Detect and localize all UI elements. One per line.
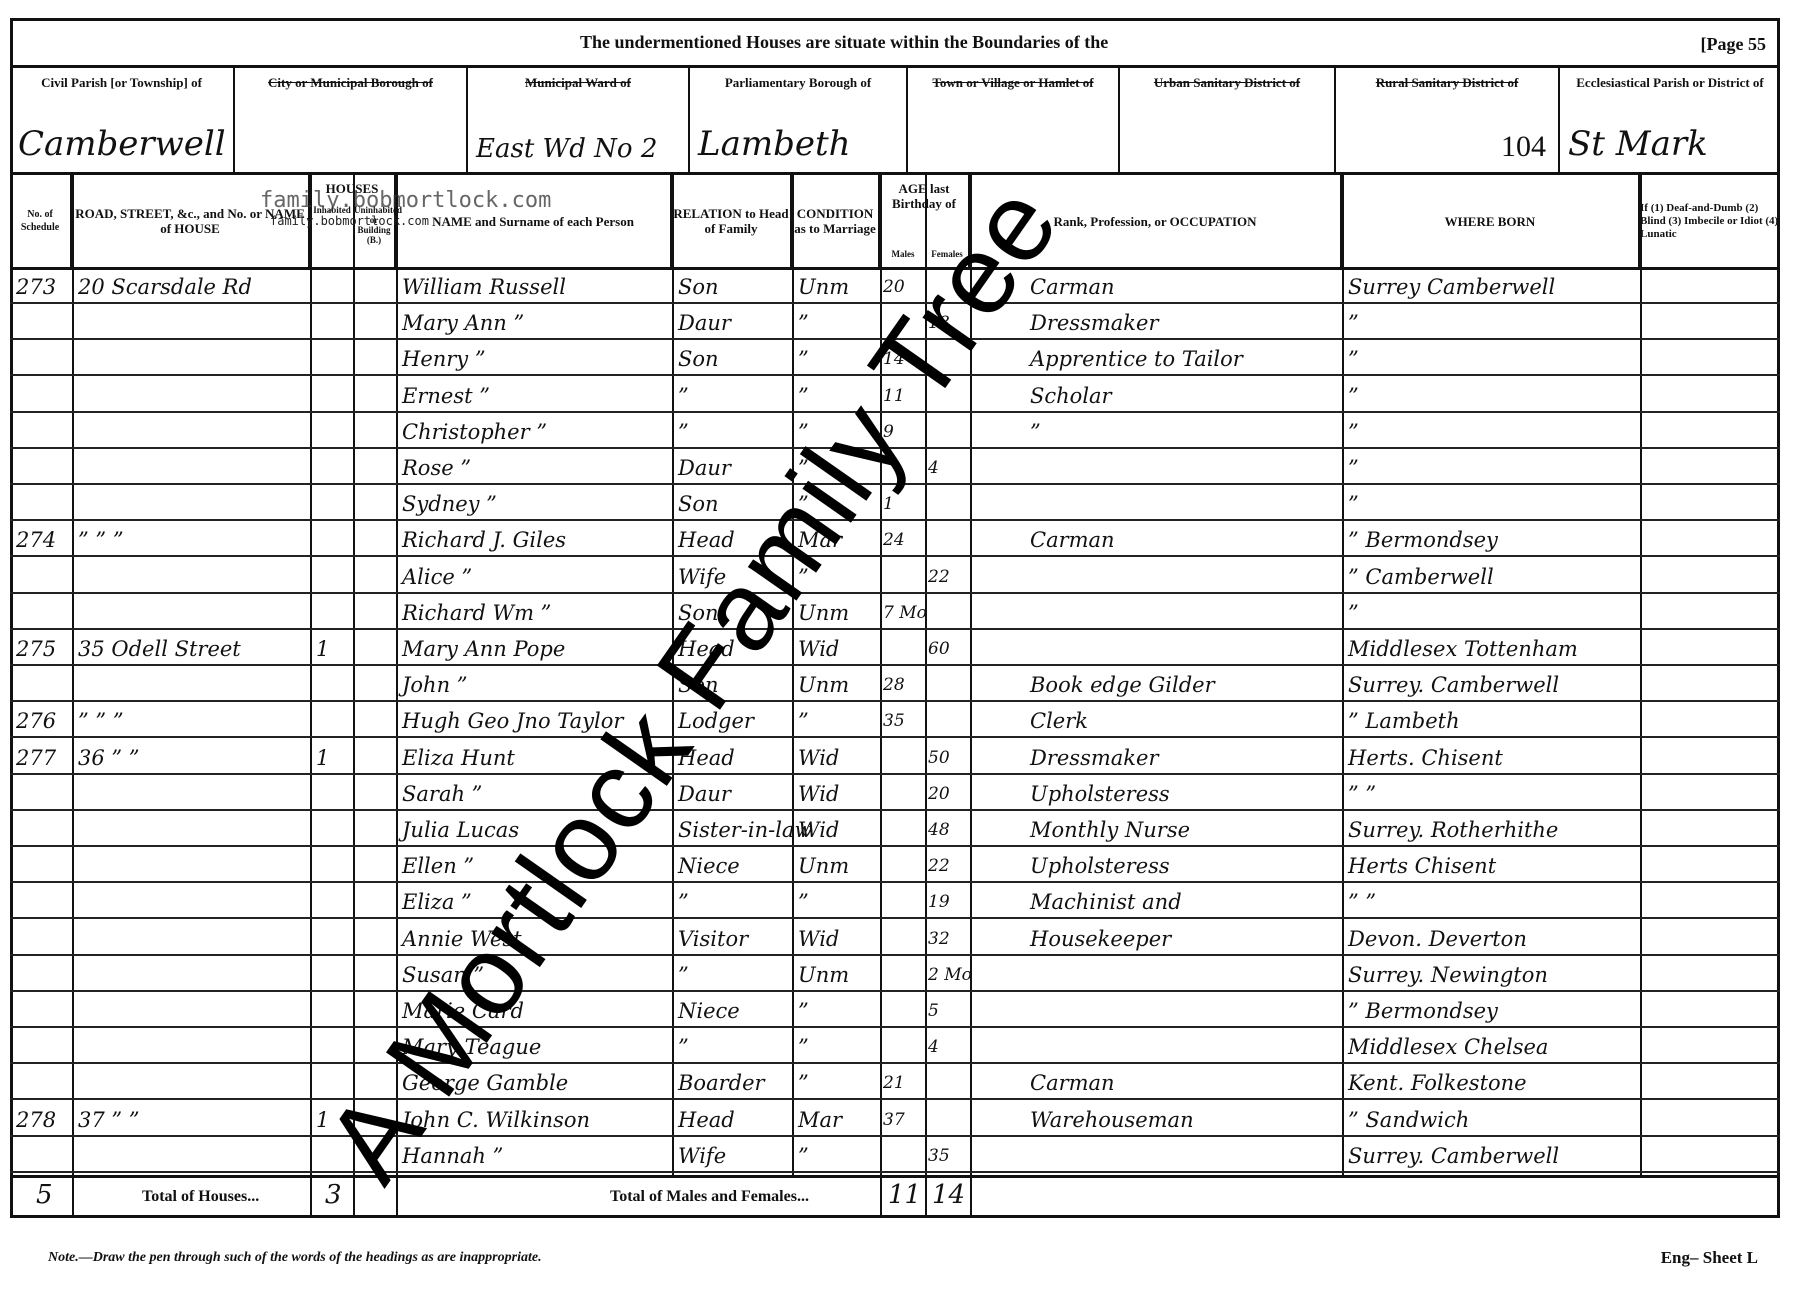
road-cell bbox=[72, 994, 310, 1028]
occupation-cell: ” bbox=[970, 415, 1342, 449]
inhabited-cell bbox=[310, 885, 353, 919]
condition-cell: ” bbox=[792, 342, 880, 376]
female-age-cell bbox=[925, 415, 970, 449]
name-cell: Richard J. Giles bbox=[396, 523, 672, 557]
male-age-cell bbox=[880, 451, 925, 485]
male-age-cell: 11 bbox=[880, 379, 925, 413]
male-age-cell: 35 bbox=[880, 704, 925, 738]
boundary-rural-sanitary: Rural Sanitary District of 104 bbox=[1336, 68, 1560, 172]
condition-cell: Unm bbox=[792, 270, 880, 304]
relation-cell: Head bbox=[672, 632, 792, 666]
condition-cell: Unm bbox=[792, 596, 880, 630]
road-cell bbox=[72, 487, 310, 521]
header-schedule: No. of Schedule bbox=[10, 175, 72, 267]
road-cell: 36 ” ” bbox=[72, 741, 310, 775]
schedule-cell: 276 bbox=[10, 704, 72, 738]
schedule-cell bbox=[10, 487, 72, 521]
schedule-cell: 274 bbox=[10, 523, 72, 557]
schedule-cell bbox=[10, 1139, 72, 1173]
female-age-cell: 4 bbox=[925, 1030, 970, 1064]
schedule-cell bbox=[10, 342, 72, 376]
inhabited-cell bbox=[310, 958, 353, 992]
total-persons-label: Total of Males and Females... bbox=[610, 1188, 809, 1206]
condition-cell: ” bbox=[792, 1066, 880, 1100]
condition-cell: ” bbox=[792, 415, 880, 449]
schedule-cell bbox=[10, 560, 72, 594]
table-row: Mary Teague””4Middlesex Chelsea bbox=[10, 1030, 1780, 1064]
table-row: 274” ” ”Richard J. GilesHeadMar24Carman”… bbox=[10, 523, 1780, 557]
table-row: 27837 ” ”1John C. WilkinsonHeadMar37Ware… bbox=[10, 1103, 1780, 1137]
birthplace-cell: ” bbox=[1342, 596, 1640, 630]
birthplace-cell: Surrey. Rotherhithe bbox=[1342, 813, 1640, 847]
inhabited-cell bbox=[310, 342, 353, 376]
inhabited-cell bbox=[310, 777, 353, 811]
relation-cell: Daur bbox=[672, 777, 792, 811]
birthplace-cell: ” bbox=[1342, 415, 1640, 449]
female-age-cell: 19 bbox=[925, 885, 970, 919]
male-age-cell bbox=[880, 994, 925, 1028]
birthplace-cell: Kent. Folkestone bbox=[1342, 1066, 1640, 1100]
relation-cell: Lodger bbox=[672, 704, 792, 738]
inhabited-cell bbox=[310, 451, 353, 485]
male-age-cell: 1 bbox=[880, 487, 925, 521]
name-cell: Christopher ” bbox=[396, 415, 672, 449]
occupation-cell: Monthly Nurse bbox=[970, 813, 1342, 847]
male-age-cell bbox=[880, 922, 925, 956]
name-cell: Henry ” bbox=[396, 342, 672, 376]
name-cell: Hugh Geo Jno Taylor bbox=[396, 704, 672, 738]
female-age-cell: 18 bbox=[925, 306, 970, 340]
occupation-cell bbox=[970, 451, 1342, 485]
total-houses: 3 bbox=[325, 1180, 342, 1210]
schedule-cell bbox=[10, 994, 72, 1028]
occupation-cell: Book edge Gilder bbox=[970, 668, 1342, 702]
occupation-cell bbox=[970, 958, 1342, 992]
name-cell: Ernest ” bbox=[396, 379, 672, 413]
female-age-cell bbox=[925, 1066, 970, 1100]
schedule-cell bbox=[10, 958, 72, 992]
male-age-cell: 28 bbox=[880, 668, 925, 702]
occupation-cell bbox=[970, 1139, 1342, 1173]
table-row: George GambleBoarder”21CarmanKent. Folke… bbox=[10, 1066, 1780, 1100]
boundaries-row: Civil Parish [or Township] of Camberwell… bbox=[10, 68, 1780, 175]
page-number: [Page 55 bbox=[1701, 34, 1766, 55]
condition-cell: Wid bbox=[792, 777, 880, 811]
male-age-cell bbox=[880, 777, 925, 811]
inhabited-cell bbox=[310, 813, 353, 847]
inhabited-cell bbox=[310, 922, 353, 956]
table-row: Ernest ”””11Scholar” bbox=[10, 379, 1780, 413]
female-age-cell bbox=[925, 1103, 970, 1137]
totals-row: 5 Total of Houses... 3 Total of Males an… bbox=[10, 1175, 1780, 1221]
inhabited-cell bbox=[310, 596, 353, 630]
road-cell: 35 Odell Street bbox=[72, 632, 310, 666]
male-age-cell: 14 bbox=[880, 342, 925, 376]
occupation-cell: Carman bbox=[970, 523, 1342, 557]
schedule-cell: 278 bbox=[10, 1103, 72, 1137]
table-row: Ellen ”NieceUnm22UpholsteressHerts Chise… bbox=[10, 849, 1780, 883]
birthplace-cell: Devon. Deverton bbox=[1342, 922, 1640, 956]
birthplace-cell: Middlesex Tottenham bbox=[1342, 632, 1640, 666]
female-age-cell: 35 bbox=[925, 1139, 970, 1173]
male-age-cell: 20 bbox=[880, 270, 925, 304]
birthplace-cell: Herts Chisent bbox=[1342, 849, 1640, 883]
occupation-cell: Dressmaker bbox=[970, 741, 1342, 775]
birthplace-cell: ” ” bbox=[1342, 777, 1640, 811]
table-row: Susan ””Unm2 MoSurrey. Newington bbox=[10, 958, 1780, 992]
male-age-cell bbox=[880, 741, 925, 775]
name-cell: Marie Card bbox=[396, 994, 672, 1028]
relation-cell: Wife bbox=[672, 1139, 792, 1173]
occupation-cell bbox=[970, 560, 1342, 594]
table-row: Rose ”Daur”4” bbox=[10, 451, 1780, 485]
road-cell bbox=[72, 1139, 310, 1173]
occupation-cell: Upholsteress bbox=[970, 849, 1342, 883]
header-relation: RELATION to Head of Family bbox=[672, 175, 792, 267]
name-cell: John C. Wilkinson bbox=[396, 1103, 672, 1137]
female-age-cell bbox=[925, 379, 970, 413]
relation-cell: Niece bbox=[672, 994, 792, 1028]
road-cell bbox=[72, 777, 310, 811]
inhabited-cell: 1 bbox=[310, 1103, 353, 1137]
birthplace-cell: Surrey. Camberwell bbox=[1342, 1139, 1640, 1173]
occupation-cell: Carman bbox=[970, 1066, 1342, 1100]
inhabited-cell bbox=[310, 560, 353, 594]
road-cell bbox=[72, 451, 310, 485]
table-row: Richard Wm ”SonUnm7 Mo” bbox=[10, 596, 1780, 630]
road-cell bbox=[72, 560, 310, 594]
name-cell: Mary Teague bbox=[396, 1030, 672, 1064]
condition-cell: Wid bbox=[792, 741, 880, 775]
total-schedules: 5 bbox=[36, 1180, 53, 1210]
table-row: 27535 Odell Street1Mary Ann PopeHeadWid6… bbox=[10, 632, 1780, 666]
condition-cell: Wid bbox=[792, 813, 880, 847]
relation-cell: Head bbox=[672, 1103, 792, 1137]
relation-cell: Daur bbox=[672, 306, 792, 340]
inhabited-cell bbox=[310, 1066, 353, 1100]
relation-cell: Niece bbox=[672, 849, 792, 883]
birthplace-cell: Surrey. Newington bbox=[1342, 958, 1640, 992]
road-cell bbox=[72, 596, 310, 630]
site-watermark: family.bobmortlock.com bbox=[260, 188, 551, 213]
female-age-cell: 22 bbox=[925, 849, 970, 883]
road-cell: ” ” ” bbox=[72, 704, 310, 738]
male-age-cell bbox=[880, 849, 925, 883]
male-age-cell bbox=[880, 958, 925, 992]
name-cell: Hannah ” bbox=[396, 1139, 672, 1173]
name-cell: Ellen ” bbox=[396, 849, 672, 883]
relation-cell: Wife bbox=[672, 560, 792, 594]
table-row: Marie CardNiece”5” Bermondsey bbox=[10, 994, 1780, 1028]
occupation-cell: Warehouseman bbox=[970, 1103, 1342, 1137]
condition-cell: ” bbox=[792, 560, 880, 594]
female-age-cell bbox=[925, 668, 970, 702]
male-age-cell: 9 bbox=[880, 415, 925, 449]
male-age-cell: 7 Mo bbox=[880, 596, 925, 630]
total-females: 14 bbox=[932, 1180, 965, 1210]
male-age-cell: 24 bbox=[880, 523, 925, 557]
road-cell bbox=[72, 668, 310, 702]
condition-cell: ” bbox=[792, 704, 880, 738]
condition-cell: Unm bbox=[792, 849, 880, 883]
relation-cell: Head bbox=[672, 741, 792, 775]
schedule-cell bbox=[10, 379, 72, 413]
relation-cell: ” bbox=[672, 1030, 792, 1064]
occupation-cell bbox=[970, 632, 1342, 666]
schedule-cell bbox=[10, 777, 72, 811]
relation-cell: Son bbox=[672, 596, 792, 630]
name-cell: Annie West bbox=[396, 922, 672, 956]
inhabited-cell bbox=[310, 379, 353, 413]
road-cell bbox=[72, 342, 310, 376]
occupation-cell bbox=[970, 487, 1342, 521]
inhabited-cell bbox=[310, 994, 353, 1028]
name-cell: Eliza Hunt bbox=[396, 741, 672, 775]
female-age-cell bbox=[925, 270, 970, 304]
relation-cell: Visitor bbox=[672, 922, 792, 956]
header-where-born: WHERE BORN bbox=[1342, 175, 1640, 267]
table-row: 27320 Scarsdale RdWilliam RussellSonUnm2… bbox=[10, 270, 1780, 304]
female-age-cell: 32 bbox=[925, 922, 970, 956]
occupation-cell bbox=[970, 994, 1342, 1028]
road-cell bbox=[72, 849, 310, 883]
schedule-cell bbox=[10, 922, 72, 956]
road-cell bbox=[72, 379, 310, 413]
condition-cell: ” bbox=[792, 1139, 880, 1173]
relation-cell: Sister-in-law bbox=[672, 813, 792, 847]
female-age-cell: 60 bbox=[925, 632, 970, 666]
schedule-cell: 273 bbox=[10, 270, 72, 304]
male-age-cell bbox=[880, 1139, 925, 1173]
schedule-cell bbox=[10, 849, 72, 883]
header-infirmity: If (1) Deaf-and-Dumb (2) Blind (3) Imbec… bbox=[1640, 175, 1780, 267]
inhabited-cell: 1 bbox=[310, 632, 353, 666]
table-row: Mary Ann ”Daur”18Dressmaker” bbox=[10, 306, 1780, 340]
birthplace-cell: ” Bermondsey bbox=[1342, 994, 1640, 1028]
relation-cell: ” bbox=[672, 885, 792, 919]
name-cell: Sydney ” bbox=[396, 487, 672, 521]
occupation-cell bbox=[970, 1030, 1342, 1064]
schedule-cell bbox=[10, 668, 72, 702]
female-age-cell bbox=[925, 523, 970, 557]
road-cell bbox=[72, 922, 310, 956]
condition-cell: Wid bbox=[792, 922, 880, 956]
occupation-cell: Housekeeper bbox=[970, 922, 1342, 956]
female-age-cell: 2 Mo bbox=[925, 958, 970, 992]
name-cell: Sarah ” bbox=[396, 777, 672, 811]
condition-cell: Mar bbox=[792, 1103, 880, 1137]
condition-cell: Unm bbox=[792, 958, 880, 992]
name-cell: William Russell bbox=[396, 270, 672, 304]
road-cell: 37 ” ” bbox=[72, 1103, 310, 1137]
birthplace-cell: ” ” bbox=[1342, 885, 1640, 919]
table-row: Alice ”Wife”22” Camberwell bbox=[10, 560, 1780, 594]
birthplace-cell: Middlesex Chelsea bbox=[1342, 1030, 1640, 1064]
inhabited-cell: 1 bbox=[310, 741, 353, 775]
name-cell: Susan ” bbox=[396, 958, 672, 992]
schedule-cell bbox=[10, 451, 72, 485]
male-age-cell: 21 bbox=[880, 1066, 925, 1100]
inhabited-cell bbox=[310, 704, 353, 738]
relation-cell: Daur bbox=[672, 451, 792, 485]
condition-cell: Unm bbox=[792, 668, 880, 702]
inhabited-cell bbox=[310, 523, 353, 557]
birthplace-cell: ” Camberwell bbox=[1342, 560, 1640, 594]
name-cell: George Gamble bbox=[396, 1066, 672, 1100]
table-row: Julia LucasSister-in-lawWid48Monthly Nur… bbox=[10, 813, 1780, 847]
relation-cell: Son bbox=[672, 342, 792, 376]
birthplace-cell: ” Sandwich bbox=[1342, 1103, 1640, 1137]
birthplace-cell: ” Bermondsey bbox=[1342, 523, 1640, 557]
table-row: Christopher ”””9”” bbox=[10, 415, 1780, 449]
boundary-town-village: Town or Village or Hamlet of bbox=[908, 68, 1120, 172]
title-row: The undermentioned Houses are situate wi… bbox=[10, 18, 1780, 68]
boundary-urban-sanitary: Urban Sanitary District of bbox=[1120, 68, 1336, 172]
occupation-cell: Scholar bbox=[970, 379, 1342, 413]
female-age-cell: 5 bbox=[925, 994, 970, 1028]
relation-cell: Head bbox=[672, 523, 792, 557]
road-cell: 20 Scarsdale Rd bbox=[72, 270, 310, 304]
road-cell: ” ” ” bbox=[72, 523, 310, 557]
name-cell: Richard Wm ” bbox=[396, 596, 672, 630]
male-age-cell bbox=[880, 306, 925, 340]
inhabited-cell bbox=[310, 1139, 353, 1173]
female-age-cell: 48 bbox=[925, 813, 970, 847]
condition-cell: Wid bbox=[792, 632, 880, 666]
schedule-cell bbox=[10, 813, 72, 847]
male-age-cell: 37 bbox=[880, 1103, 925, 1137]
inhabited-cell bbox=[310, 1030, 353, 1064]
male-age-cell bbox=[880, 560, 925, 594]
relation-cell: Son bbox=[672, 487, 792, 521]
table-row: Hannah ”Wife”35Surrey. Camberwell bbox=[10, 1139, 1780, 1173]
schedule-cell: 277 bbox=[10, 741, 72, 775]
table-row: Annie WestVisitorWid32HousekeeperDevon. … bbox=[10, 922, 1780, 956]
occupation-cell: Dressmaker bbox=[970, 306, 1342, 340]
name-cell: Eliza ” bbox=[396, 885, 672, 919]
condition-cell: ” bbox=[792, 885, 880, 919]
name-cell: Rose ” bbox=[396, 451, 672, 485]
table-row: Sarah ”DaurWid20Upholsteress” ” bbox=[10, 777, 1780, 811]
birthplace-cell: Herts. Chisent bbox=[1342, 741, 1640, 775]
occupation-cell: Clerk bbox=[970, 704, 1342, 738]
male-age-cell bbox=[880, 813, 925, 847]
name-cell: Julia Lucas bbox=[396, 813, 672, 847]
header-females: Females bbox=[926, 249, 968, 259]
relation-cell: ” bbox=[672, 415, 792, 449]
female-age-cell bbox=[925, 596, 970, 630]
sheet-title: The undermentioned Houses are situate wi… bbox=[580, 32, 1108, 53]
road-cell bbox=[72, 1066, 310, 1100]
road-cell bbox=[72, 306, 310, 340]
inhabited-cell bbox=[310, 849, 353, 883]
relation-cell: ” bbox=[672, 958, 792, 992]
male-age-cell bbox=[880, 632, 925, 666]
female-age-cell bbox=[925, 704, 970, 738]
schedule-cell bbox=[10, 306, 72, 340]
condition-cell: ” bbox=[792, 306, 880, 340]
schedule-cell bbox=[10, 415, 72, 449]
road-cell bbox=[72, 885, 310, 919]
male-age-cell bbox=[880, 885, 925, 919]
road-cell bbox=[72, 1030, 310, 1064]
birthplace-cell: ” bbox=[1342, 306, 1640, 340]
relation-cell: ” bbox=[672, 379, 792, 413]
female-age-cell bbox=[925, 487, 970, 521]
birthplace-cell: ” bbox=[1342, 487, 1640, 521]
female-age-cell: 20 bbox=[925, 777, 970, 811]
female-age-cell: 50 bbox=[925, 741, 970, 775]
table-row: Henry ”Son”14Apprentice to Tailor” bbox=[10, 342, 1780, 376]
table-row: 276” ” ”Hugh Geo Jno TaylorLodger”35Cler… bbox=[10, 704, 1780, 738]
birthplace-cell: Surrey. Camberwell bbox=[1342, 668, 1640, 702]
birthplace-cell: ” bbox=[1342, 342, 1640, 376]
site-watermark-small: family.bobmortlock.com bbox=[270, 214, 429, 228]
condition-cell: ” bbox=[792, 379, 880, 413]
name-cell: John ” bbox=[396, 668, 672, 702]
occupation-cell bbox=[970, 596, 1342, 630]
inhabited-cell bbox=[310, 270, 353, 304]
total-houses-label: Total of Houses... bbox=[142, 1188, 259, 1206]
inhabited-cell bbox=[310, 487, 353, 521]
boundary-ecclesiastical-parish: Ecclesiastical Parish or District of St … bbox=[1560, 68, 1780, 172]
birthplace-cell: Surrey Camberwell bbox=[1342, 270, 1640, 304]
condition-cell: ” bbox=[792, 487, 880, 521]
condition-cell: ” bbox=[792, 451, 880, 485]
header-males: Males bbox=[882, 249, 924, 259]
table-row: Eliza ”””19Machinist and” ” bbox=[10, 885, 1780, 919]
schedule-cell bbox=[10, 1030, 72, 1064]
inhabited-cell bbox=[310, 306, 353, 340]
birthplace-cell: ” bbox=[1342, 451, 1640, 485]
footer-note: Note.—Draw the pen through such of the w… bbox=[48, 1250, 542, 1266]
boundary-municipal-borough: City or Municipal Borough of bbox=[235, 68, 468, 172]
occupation-cell: Carman bbox=[970, 270, 1342, 304]
occupation-cell: Apprentice to Tailor bbox=[970, 342, 1342, 376]
road-cell bbox=[72, 415, 310, 449]
header-occupation: Rank, Profession, or OCCUPATION bbox=[970, 175, 1342, 267]
relation-cell: Son bbox=[672, 668, 792, 702]
schedule-cell bbox=[10, 1066, 72, 1100]
female-age-cell bbox=[925, 342, 970, 376]
condition-cell: ” bbox=[792, 1030, 880, 1064]
occupation-cell: Upholsteress bbox=[970, 777, 1342, 811]
table-row: John ”SonUnm28Book edge GilderSurrey. Ca… bbox=[10, 668, 1780, 702]
birthplace-cell: ” Lambeth bbox=[1342, 704, 1640, 738]
sheet-identifier: Eng– Sheet L bbox=[1661, 1248, 1758, 1268]
birthplace-cell: ” bbox=[1342, 379, 1640, 413]
header-condition: CONDITION as to Marriage bbox=[792, 175, 880, 267]
road-cell bbox=[72, 813, 310, 847]
relation-cell: Son bbox=[672, 270, 792, 304]
schedule-cell bbox=[10, 885, 72, 919]
boundary-civil-parish: Civil Parish [or Township] of Camberwell bbox=[10, 68, 235, 172]
occupation-cell: Machinist and bbox=[970, 885, 1342, 919]
name-cell: Mary Ann Pope bbox=[396, 632, 672, 666]
table-row: 27736 ” ”1Eliza HuntHeadWid50DressmakerH… bbox=[10, 741, 1780, 775]
condition-cell: ” bbox=[792, 994, 880, 1028]
table-row: Sydney ”Son”1” bbox=[10, 487, 1780, 521]
relation-cell: Boarder bbox=[672, 1066, 792, 1100]
female-age-cell: 4 bbox=[925, 451, 970, 485]
inhabited-cell bbox=[310, 415, 353, 449]
total-males: 11 bbox=[888, 1180, 921, 1210]
female-age-cell: 22 bbox=[925, 560, 970, 594]
name-cell: Alice ” bbox=[396, 560, 672, 594]
road-cell bbox=[72, 958, 310, 992]
schedule-cell: 275 bbox=[10, 632, 72, 666]
inhabited-cell bbox=[310, 668, 353, 702]
